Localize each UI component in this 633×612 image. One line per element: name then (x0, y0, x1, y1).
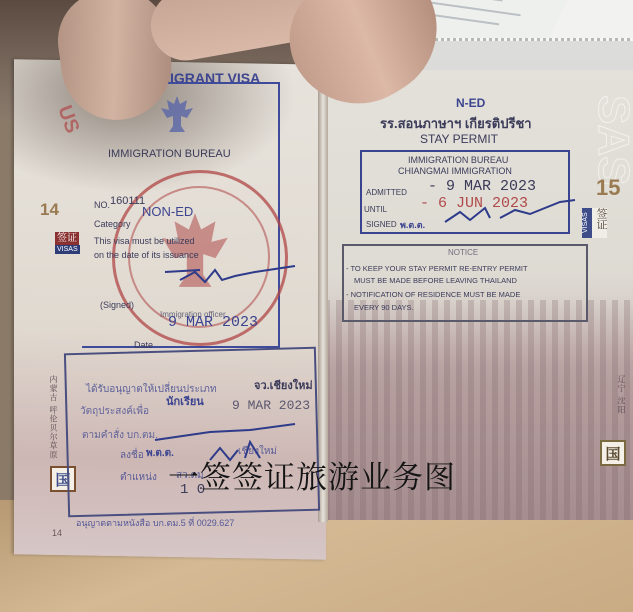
visas-badge-left: 签证 VISAS (55, 232, 80, 254)
visa-validity-line-1: This visa must be utilized (94, 236, 195, 246)
visa-bureau: IMMIGRATION BUREAU (108, 148, 231, 160)
until-label: UNTIL (364, 205, 387, 214)
bureau-line-1: IMMIGRATION BUREAU (408, 155, 508, 165)
notice-line-3: - NOTIFICATION OF RESIDENCE MUST BE MADE (346, 290, 520, 299)
change-status-position-label: ตำแหน่ง (120, 470, 157, 485)
watermark-caption: 一签签证旅游业务图 (168, 452, 456, 497)
visa-number: 160111 (110, 195, 145, 207)
visa-date-stamp: 9 MAR 2023 (168, 314, 258, 331)
signed-rank: พ.ต.ต. (400, 218, 425, 232)
change-status-date: 9 MAR 2023 (232, 398, 310, 413)
change-status-purpose-label: วัตถุประสงค์เพื่อ (80, 404, 149, 419)
change-status-footer: อนุญาตตามหนังสือ บก.ตม.5 ที่ 0029.627 (76, 516, 234, 530)
stay-permit-label: STAY PERMIT (420, 132, 498, 146)
garuda-emblem-icon (155, 92, 199, 136)
visa-category-value: NON-ED (142, 204, 193, 219)
visa-signed-label: (Signed) (100, 300, 134, 310)
officer-signature-left (160, 252, 300, 292)
page-number-14: 14 (40, 200, 59, 220)
visa-date-label: Date (134, 340, 153, 350)
change-status-line-3: ตามคำสั่ง บก.ตม. (82, 428, 158, 443)
photo-scene: SAS 15 VISAS 签证 辽宁 沈阳 国 N-ED รร.สอนภาษาฯ… (0, 0, 633, 612)
notice-line-2: MUST BE MADE BEFORE LEAVING THAILAND (354, 276, 517, 285)
visa-number-label: NO. (94, 200, 110, 210)
emblem-icon-right: 国 (600, 440, 626, 466)
notice-title: NOTICE (448, 248, 478, 257)
region-caption-left: 内蒙古 呼伦贝尔草原 (48, 375, 59, 459)
visa-category-label: Category (94, 219, 131, 229)
visas-badge-right: VISAS 签证 (582, 208, 616, 238)
officer-signature-right (440, 190, 580, 230)
notice-line-1: - TO KEEP YOUR STAY PERMIT RE-ENTRY PERM… (346, 264, 528, 273)
change-status-signed-label: ลงชื่อ (120, 448, 144, 463)
change-status-purpose-value: นักเรียน (166, 392, 204, 410)
page-watermark-letters: SAS (588, 95, 633, 185)
stay-visa-type: N-ED (456, 96, 485, 110)
page-number-15: 15 (596, 175, 620, 201)
change-status-office: จว.เชียงใหม่ (254, 376, 313, 394)
visas-badge-en: VISAS (55, 245, 80, 254)
signed-label: SIGNED (366, 220, 397, 229)
notice-line-4: EVERY 90 DAYS. (354, 303, 414, 312)
visas-badge-cn: 签证 (55, 232, 79, 245)
admitted-label: ADMITTED (366, 188, 407, 197)
visas-badge-en: VISAS (582, 208, 592, 238)
school-name-thai: รร.สอนภาษาฯ เกียรติปรีชา (380, 113, 532, 134)
page-number-14-bottom: 14 (52, 528, 62, 538)
region-caption-right: 辽宁 沈阳 (616, 375, 627, 414)
bureau-line-2: CHIANGMAI IMMIGRATION (398, 166, 512, 176)
visas-badge-cn: 签证 (592, 208, 607, 238)
